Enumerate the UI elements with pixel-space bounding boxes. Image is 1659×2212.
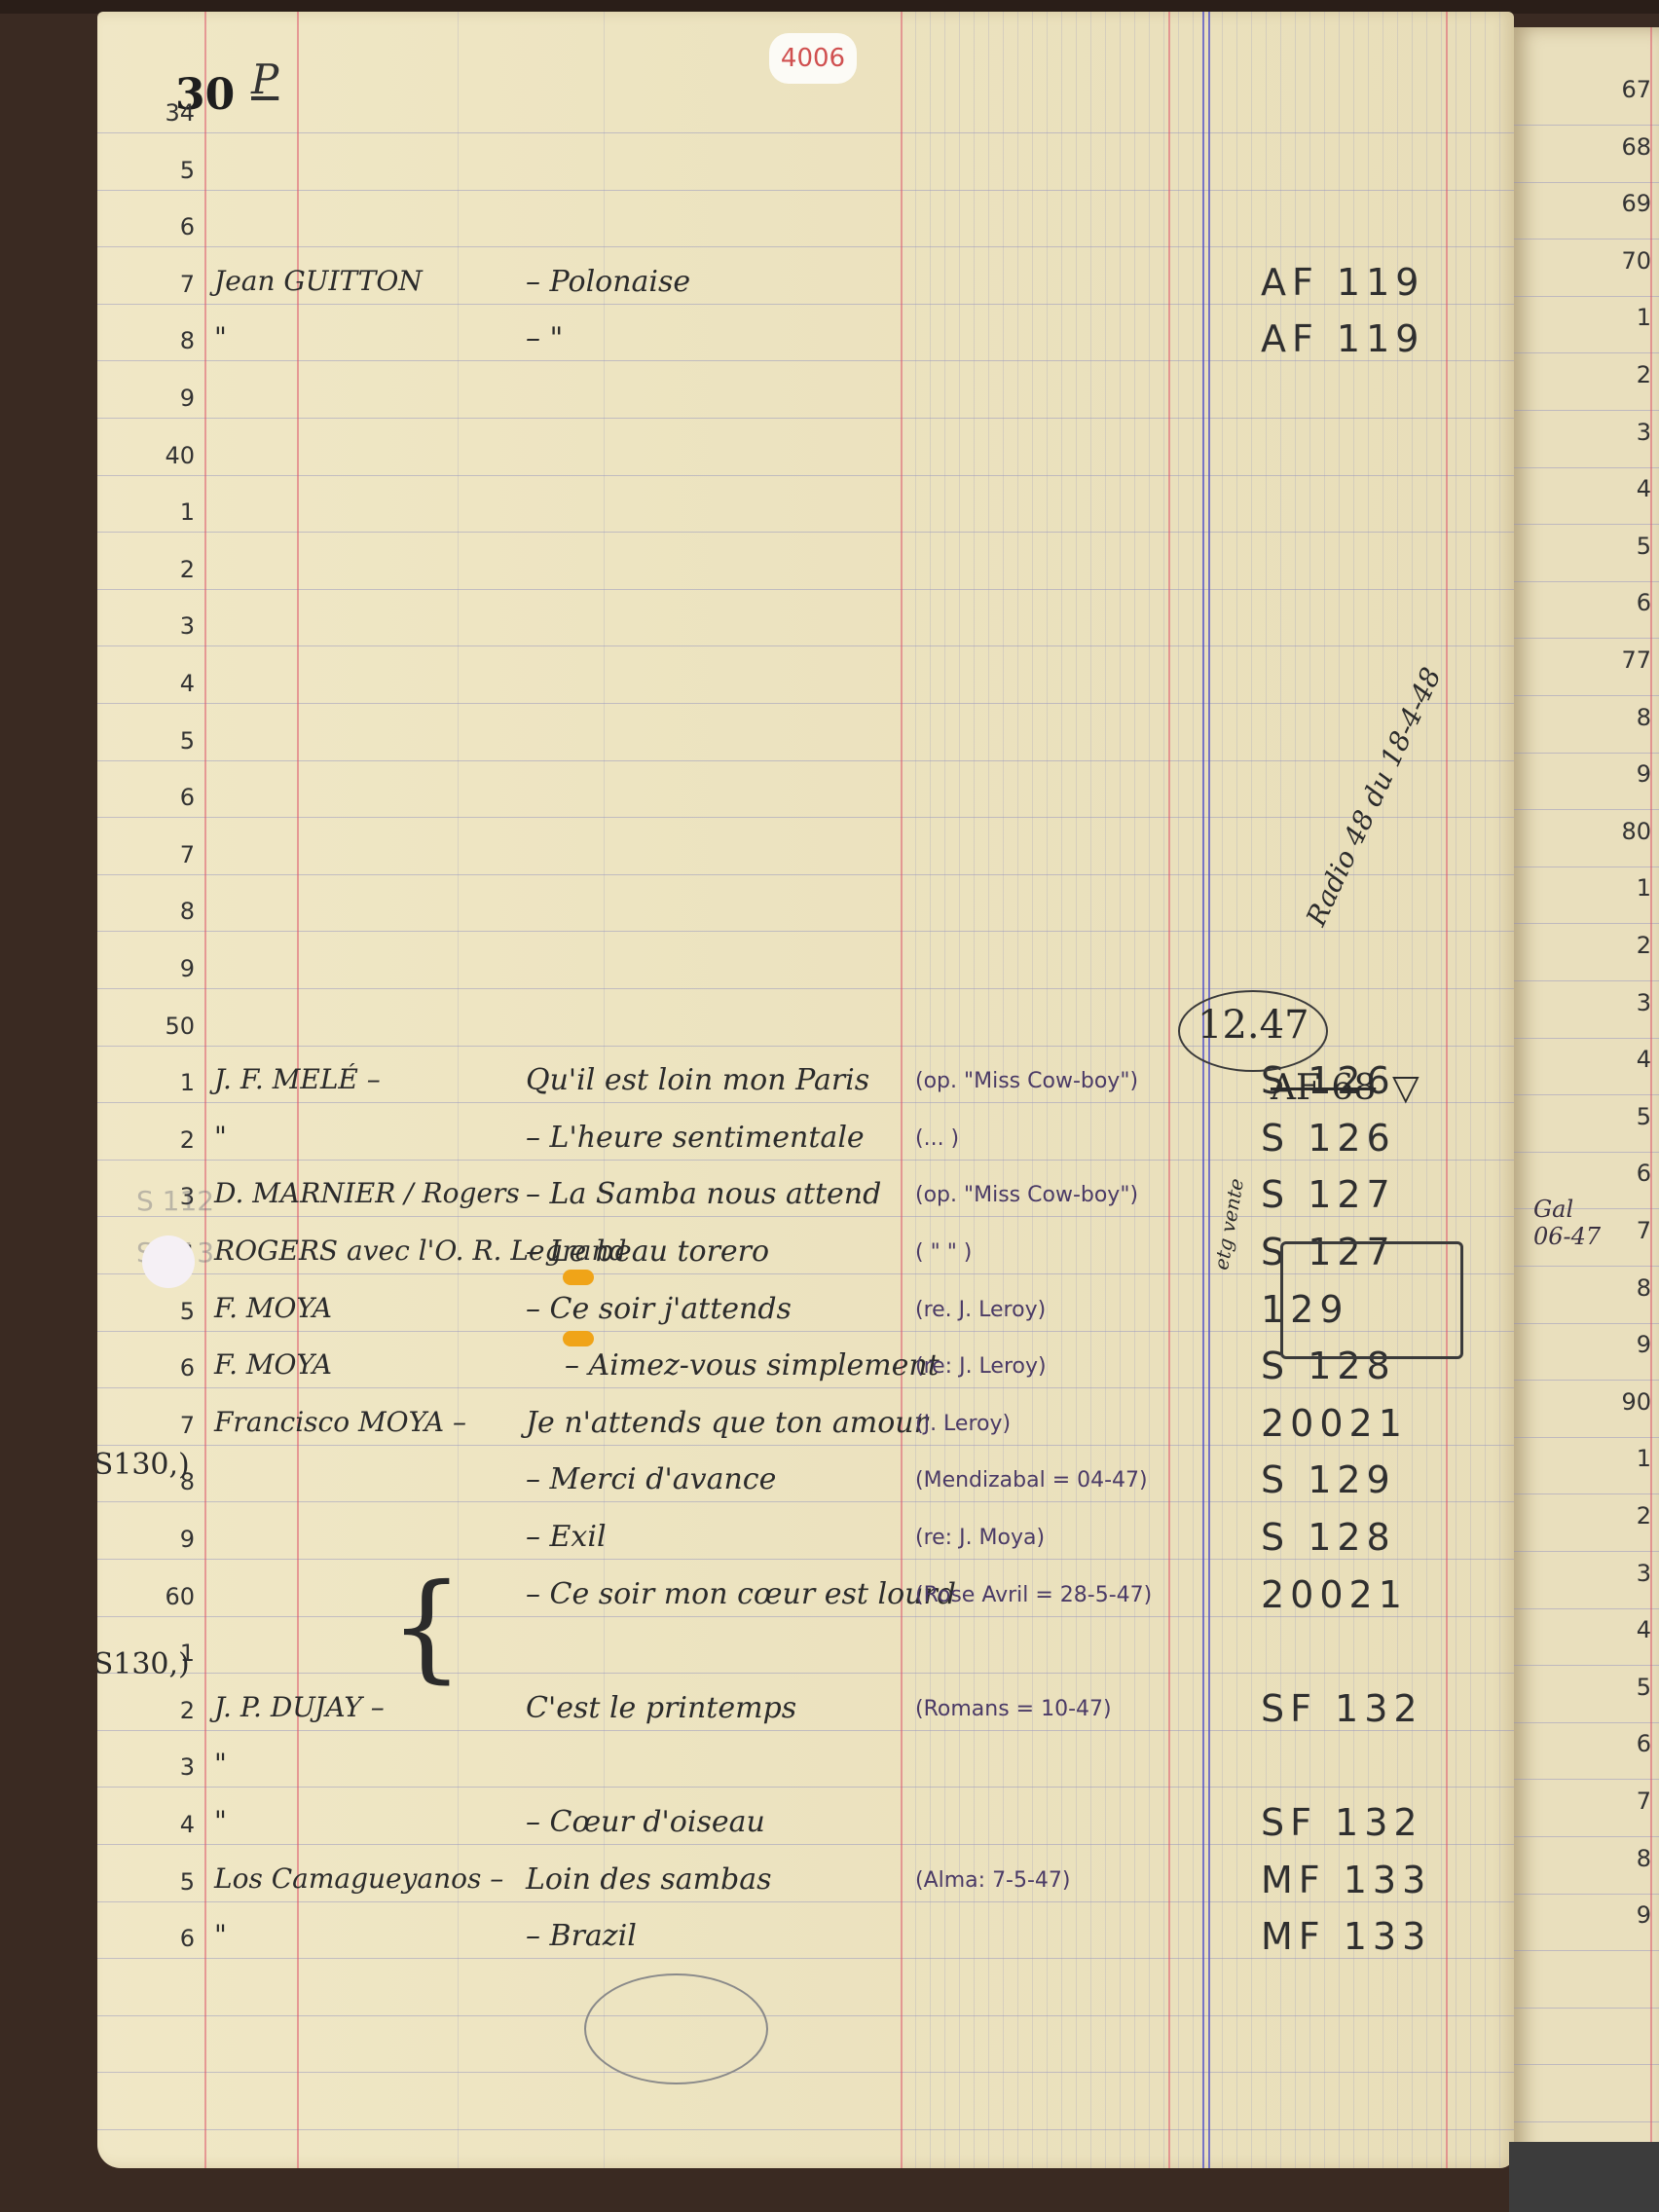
artist-name: "	[214, 321, 227, 353]
line-number: 1	[136, 1069, 195, 1096]
ruling-line	[97, 532, 1514, 533]
highlight-dot-1	[563, 1270, 594, 1285]
song-title: – Cœur d'oiseau	[526, 1805, 765, 1839]
ruling-line	[97, 1901, 1514, 1902]
facing-line-number: 8	[1637, 1845, 1651, 1872]
grid-rule	[1178, 12, 1179, 2168]
artist-name: "	[214, 1919, 227, 1951]
margin-s130-upper: (S130,)	[97, 1448, 190, 1482]
ledger-page: 30 P 4006 34567Jean GUITTON– PolonaiseAF…	[97, 12, 1514, 2168]
ruling-line	[97, 2072, 1514, 2073]
ruling-line	[1514, 1323, 1659, 1324]
line-number: 5	[136, 1868, 195, 1896]
grid-rule	[1441, 12, 1442, 2168]
line-number: 40	[136, 442, 195, 469]
column-rule	[1208, 12, 1210, 2168]
ruling-line	[1514, 1779, 1659, 1780]
grid-rule	[458, 12, 459, 2168]
facing-line-number: 6	[1637, 1730, 1651, 1757]
song-note: (Mendizabal = 04-47)	[915, 1468, 1148, 1493]
song-note: (Romans = 10-47)	[915, 1697, 1112, 1721]
artist-name: J. F. MELÉ –	[214, 1063, 381, 1095]
artist-name: "	[214, 1748, 227, 1780]
catalog-code: MF 133	[1261, 1915, 1431, 1958]
song-note: (re: J. Moya)	[915, 1526, 1045, 1550]
line-number: 6	[136, 1354, 195, 1382]
ruling-line	[97, 1387, 1514, 1388]
catalog-code: SF 132	[1261, 1801, 1423, 1844]
ruling-line	[97, 817, 1514, 818]
artist-name: Jean GUITTON	[214, 265, 423, 297]
line-number: 2	[136, 1697, 195, 1724]
grid-rule	[1163, 12, 1164, 2168]
song-title: – Polonaise	[526, 265, 690, 299]
song-note: (... )	[915, 1126, 959, 1151]
song-note: (re. J. Leroy)	[915, 1298, 1046, 1322]
grid-rule	[1426, 12, 1427, 2168]
ruling-line	[97, 304, 1514, 305]
line-number: 2	[136, 1126, 195, 1154]
catalog-code: S 128	[1261, 1516, 1396, 1559]
margin-s130-lower: (S130,)	[97, 1647, 190, 1681]
song-note: (op. "Miss Cow-boy")	[915, 1069, 1138, 1093]
ruling-line	[1514, 1038, 1659, 1039]
facing-line-number: 5	[1637, 533, 1651, 560]
ruling-line	[97, 645, 1514, 646]
line-number: 9	[136, 955, 195, 982]
ruling-line	[97, 190, 1514, 191]
ruling-line	[1514, 1722, 1659, 1723]
catalog-code: S 127	[1261, 1173, 1396, 1216]
line-number: 5	[136, 1298, 195, 1325]
grouping-brace: {	[389, 1560, 463, 1695]
song-title: – Ce soir j'attends	[526, 1292, 792, 1326]
struck-code: AF 68	[1271, 1068, 1376, 1108]
ruling-line	[1514, 1266, 1659, 1267]
facing-line-number: 70	[1621, 247, 1651, 275]
grid-rule	[1236, 12, 1237, 2168]
song-note: (op. "Miss Cow-boy")	[915, 1183, 1138, 1207]
line-number: 5	[136, 727, 195, 755]
ruling-line	[97, 703, 1514, 704]
ruling-line	[97, 1787, 1514, 1788]
facing-line-number: 4	[1637, 1046, 1651, 1073]
grid-rule	[1470, 12, 1471, 2168]
ruling-line	[1514, 1665, 1659, 1666]
facing-line-number: 6	[1637, 1160, 1651, 1187]
ruling-line	[1514, 638, 1659, 639]
facing-line-number: 9	[1637, 1331, 1651, 1358]
song-note: (Rose Avril = 28-5-47)	[915, 1583, 1152, 1607]
ruling-line	[1514, 1437, 1659, 1438]
facing-line-number: 7	[1637, 1788, 1651, 1815]
line-number: 9	[136, 385, 195, 412]
margin-rule	[901, 12, 903, 2168]
artist-name: J. P. DUJAY –	[214, 1691, 385, 1723]
facing-line-number: 4	[1637, 1616, 1651, 1643]
song-title: – Le beau torero	[526, 1235, 769, 1269]
line-number: 6	[136, 213, 195, 240]
facing-line-number: 69	[1621, 190, 1651, 217]
facing-line-number: 2	[1637, 932, 1651, 959]
page-mark: P	[251, 55, 278, 103]
line-number: 60	[136, 1583, 195, 1610]
ruling-line	[1514, 1551, 1659, 1552]
song-title: – L'heure sentimentale	[526, 1121, 865, 1155]
ruling-line	[1514, 923, 1659, 924]
line-number: 6	[136, 1925, 195, 1952]
facing-line-number: 8	[1637, 704, 1651, 731]
facing-line-number: 3	[1637, 1560, 1651, 1587]
ruling-line	[97, 931, 1514, 932]
catalog-code: S 129	[1261, 1458, 1396, 1501]
facing-line-number: 5	[1637, 1674, 1651, 1701]
ruling-line	[1514, 866, 1659, 867]
catalog-code: MF 133	[1261, 1859, 1431, 1901]
brazil-circle	[584, 1973, 768, 2084]
grid-rule	[1149, 12, 1150, 2168]
catalog-code: AF 119	[1261, 317, 1424, 360]
song-title: – "	[526, 321, 563, 355]
ruling-line	[97, 988, 1514, 989]
facing-page: 6768697012345677898012345678990123456789…	[1514, 27, 1659, 2212]
artist-name: F. MOYA	[214, 1348, 332, 1381]
ruling-line	[1514, 809, 1659, 810]
correction-fluid-blot	[142, 1235, 195, 1288]
song-title: – Brazil	[526, 1919, 637, 1953]
line-number: 1	[136, 498, 195, 526]
line-number: 9	[136, 1526, 195, 1553]
sale-note: etg vente	[1209, 1177, 1248, 1272]
facing-line-number: 7	[1637, 1217, 1651, 1244]
line-number: 3	[136, 1753, 195, 1781]
ruling-line	[1514, 1608, 1659, 1609]
ruling-line	[97, 1501, 1514, 1502]
song-title: – Ce soir mon cœur est lourd	[526, 1577, 956, 1611]
ruling-line	[97, 1616, 1514, 1617]
ruling-line	[97, 1958, 1514, 1959]
ruling-line	[97, 2015, 1514, 2016]
facing-line-number: 5	[1637, 1103, 1651, 1130]
margin-rule	[204, 12, 206, 2168]
song-note: ( " " )	[915, 1240, 972, 1265]
song-title: – Aimez-vous simplement	[565, 1348, 940, 1382]
ruling-line	[97, 874, 1514, 875]
grid-rule	[1251, 12, 1252, 2168]
line-number: 6	[136, 784, 195, 811]
song-title: – La Samba nous attend	[526, 1177, 881, 1211]
ruling-line	[1514, 524, 1659, 525]
artist-name: Francisco MOYA –	[214, 1406, 466, 1438]
line-number: 4	[136, 1811, 195, 1838]
facing-line-number: 1	[1637, 874, 1651, 902]
song-title: Je n'attends que ton amour	[526, 1406, 928, 1440]
ruling-line	[1514, 1950, 1659, 1951]
line-number: 34	[136, 99, 195, 127]
ruling-line	[97, 1844, 1514, 1845]
song-note: (Alma: 7-5-47)	[915, 1868, 1071, 1893]
facing-annotation: Gal 06-47	[1533, 1196, 1602, 1250]
ruling-line	[1514, 352, 1659, 353]
ruling-line	[1514, 410, 1659, 411]
facing-line-number: 9	[1637, 1901, 1651, 1929]
ruling-line	[1514, 2008, 1659, 2009]
ruling-line	[1514, 182, 1659, 183]
facing-line-number: 8	[1637, 1274, 1651, 1302]
facing-line-number: 90	[1621, 1388, 1651, 1416]
grid-rule	[1499, 12, 1500, 2168]
ghost-pencil-1: S 112	[136, 1185, 214, 1217]
line-number: 4	[136, 670, 195, 697]
song-title: Loin des sambas	[526, 1862, 772, 1897]
ruling-line	[97, 360, 1514, 361]
grid-rule	[1222, 12, 1223, 2168]
facing-line-number: 1	[1637, 1445, 1651, 1472]
ruling-line	[97, 246, 1514, 247]
ruling-line	[1514, 581, 1659, 582]
ruling-line	[1514, 695, 1659, 696]
boxed-codes	[1280, 1241, 1463, 1359]
grid-rule	[1456, 12, 1456, 2168]
highlight-dot-2	[563, 1331, 594, 1346]
facing-line-number: 3	[1637, 989, 1651, 1016]
facing-line-number: 77	[1621, 646, 1651, 674]
column-rule	[1202, 12, 1204, 2168]
line-number: 3	[136, 612, 195, 640]
line-number: 7	[136, 841, 195, 868]
erased-stamp: 4006	[769, 33, 857, 84]
ruling-line	[97, 1673, 1514, 1674]
facing-line-number: 67	[1621, 76, 1651, 103]
ruling-line	[97, 1445, 1514, 1446]
facing-line-number: 6	[1637, 589, 1651, 616]
ruling-line	[1514, 1493, 1659, 1494]
line-number: 50	[136, 1013, 195, 1040]
line-number: 8	[136, 898, 195, 925]
facing-line-number: 68	[1621, 133, 1651, 161]
song-title: Qu'il est loin mon Paris	[526, 1063, 869, 1097]
ruling-line	[1514, 1894, 1659, 1895]
margin-rule	[1168, 12, 1170, 2168]
ruling-line	[97, 1216, 1514, 1217]
song-note: (re: J. Leroy)	[915, 1354, 1047, 1379]
ruling-line	[1514, 1094, 1659, 1095]
line-number: 7	[136, 271, 195, 298]
grid-rule	[1485, 12, 1486, 2168]
facing-line-number: 2	[1637, 361, 1651, 388]
ruling-line	[97, 2129, 1514, 2130]
ruling-line	[97, 1730, 1514, 1731]
facing-line-number: 3	[1637, 419, 1651, 446]
catalog-code: SF 132	[1261, 1687, 1423, 1730]
ruling-line	[97, 475, 1514, 476]
facing-line-number: 4	[1637, 475, 1651, 502]
facing-line-number: 1	[1637, 304, 1651, 331]
artist-name: D. MARNIER / Rogers	[214, 1177, 520, 1209]
ruling-line	[97, 418, 1514, 419]
artist-name: F. MOYA	[214, 1292, 332, 1324]
down-arrow-icon: ▽	[1392, 1068, 1419, 1108]
binding-cloth	[1509, 2142, 1659, 2212]
artist-name: "	[214, 1805, 227, 1837]
ruling-line	[1514, 125, 1659, 126]
ruling-line	[1514, 2121, 1659, 2122]
line-number: 2	[136, 556, 195, 583]
catalog-code: AF 119	[1261, 261, 1424, 304]
ruling-line	[1514, 980, 1659, 981]
ruling-line	[97, 1559, 1514, 1560]
ruling-line	[97, 1160, 1514, 1161]
ruling-line	[1514, 1380, 1659, 1381]
song-title: – Exil	[526, 1520, 607, 1554]
song-title: C'est le printemps	[526, 1691, 796, 1725]
line-number: 8	[136, 327, 195, 354]
facing-line-number: 80	[1621, 818, 1651, 845]
ruling-line	[1514, 753, 1659, 754]
facing-line-number: 9	[1637, 760, 1651, 788]
catalog-code: 20021	[1261, 1402, 1408, 1445]
line-number: 7	[136, 1412, 195, 1439]
line-number: 5	[136, 157, 195, 184]
ruling-line	[1514, 1152, 1659, 1153]
margin-rule	[1446, 12, 1448, 2168]
artist-name: "	[214, 1121, 227, 1153]
artist-name: Los Camagueyanos –	[214, 1862, 503, 1895]
catalog-code: S 126	[1261, 1117, 1396, 1160]
catalog-code: 20021	[1261, 1573, 1408, 1616]
ruling-line	[1514, 1836, 1659, 1837]
ruling-line	[1514, 296, 1659, 297]
ruling-line	[1514, 467, 1659, 468]
song-note: (J. Leroy)	[915, 1412, 1011, 1436]
ruling-line	[97, 132, 1514, 133]
facing-line-number: 2	[1637, 1502, 1651, 1530]
ruling-line	[1514, 2064, 1659, 2065]
ruling-line	[97, 760, 1514, 761]
ruling-line	[1514, 239, 1659, 240]
ruling-line	[97, 589, 1514, 590]
circled-date: 12.47	[1198, 1003, 1309, 1048]
song-title: – Merci d'avance	[526, 1462, 776, 1496]
grid-rule	[1193, 12, 1194, 2168]
